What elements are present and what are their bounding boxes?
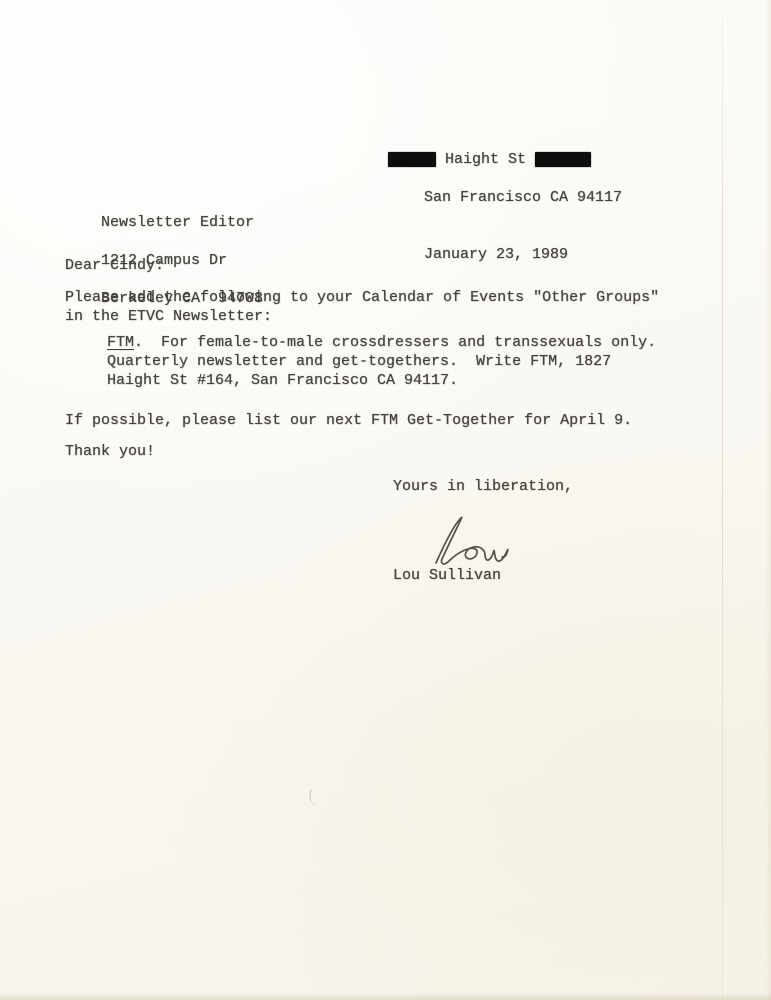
- paper-smudge: [306, 789, 319, 806]
- letter-page: Haight St San Francisco CA 94117 January…: [0, 0, 771, 1000]
- recipient-name: Newsletter Editor: [101, 214, 254, 231]
- paper-right-edge-shadow: [766, 0, 771, 1000]
- signed-name: Lou Sullivan: [393, 566, 501, 585]
- paper-bottom-edge-shadow: [0, 993, 771, 1000]
- body-ftm-entry: FTM. For female-to-male crossdressers an…: [107, 333, 727, 390]
- body-paragraph-3: Thank you!: [65, 442, 155, 461]
- sender-street-line: Haight St: [388, 150, 622, 169]
- paper-fold-crease: [722, 0, 723, 1000]
- redaction-bar-house-number: [388, 152, 436, 167]
- sender-city-line: San Francisco CA 94117: [424, 189, 622, 206]
- ftm-underlined-label: FTM: [107, 334, 134, 351]
- sender-street-text: Haight St: [436, 151, 535, 168]
- salutation: Dear Cindy:: [65, 256, 164, 275]
- body-paragraph-2: If possible, please list our next FTM Ge…: [65, 411, 745, 430]
- ftm-entry-text: . For female-to-male crossdressers and t…: [107, 334, 656, 389]
- redaction-bar-unit: [535, 152, 591, 167]
- letter-date: January 23, 1989: [424, 246, 568, 263]
- valediction: Yours in liberation,: [393, 477, 573, 496]
- body-paragraph-1: Please add the following to your Calenda…: [65, 288, 725, 326]
- handwritten-signature-icon: [431, 513, 521, 571]
- sender-address-block: Haight St San Francisco CA 94117 January…: [388, 112, 622, 283]
